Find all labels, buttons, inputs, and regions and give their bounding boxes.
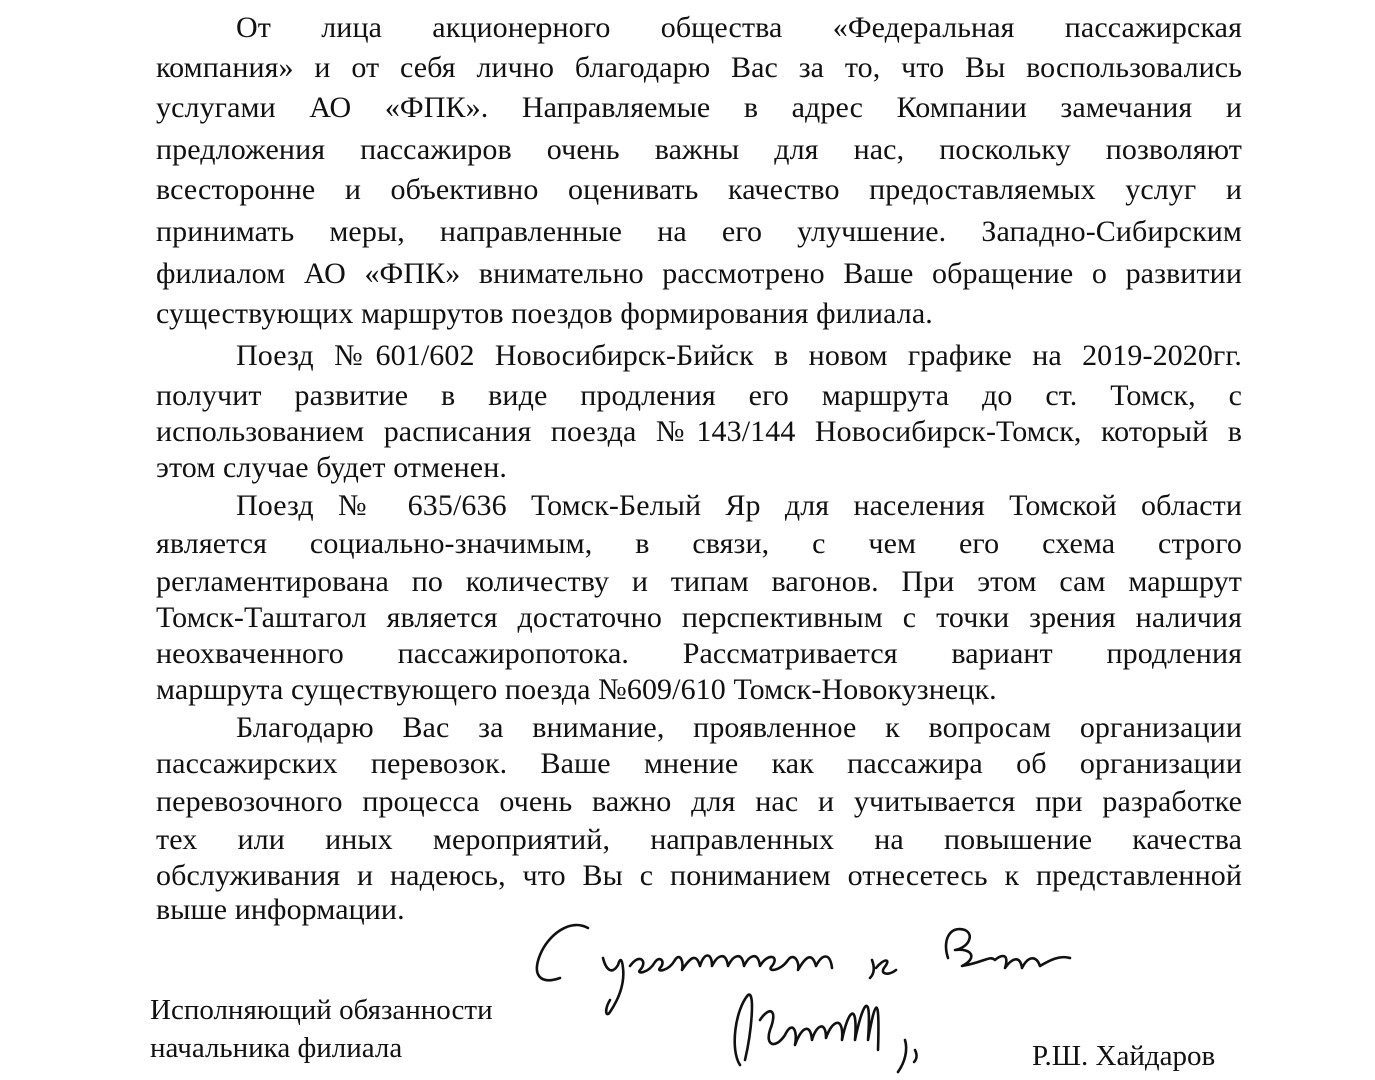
paragraph-2-line-4: этом случае будет отменен. <box>156 448 1242 488</box>
handwritten-word-uvazheniem <box>603 956 832 1015</box>
signature-stroke <box>735 995 879 1065</box>
paragraph-3-line-1: Поезд № 635/636 Томск-Белый Яр для насел… <box>236 486 1242 526</box>
paragraph-1-line-1: От лица акционерного общества «Федеральн… <box>236 8 1242 48</box>
paragraph-4-line-1: Благодарю Вас за внимание, проявленное к… <box>236 708 1242 748</box>
paragraph-1-line-6: принимать меры, направленные на его улуч… <box>156 212 1242 252</box>
paragraph-1-line-4: предложения пассажиров очень важны для н… <box>156 130 1242 170</box>
paragraph-4-line-2: пассажирских перевозок. Ваше мнение как … <box>156 744 1242 784</box>
paragraph-1-line-5: всесторонне и объективно оценивать качес… <box>156 170 1242 210</box>
signature-tail <box>898 1040 917 1072</box>
paragraph-3-line-3: регламентирована по количеству и типам в… <box>156 562 1242 602</box>
signatory-name: Р.Ш. Хайдаров <box>1032 1036 1215 1076</box>
handwritten-c-stroke <box>537 925 588 980</box>
paragraph-3-line-6: маршрута существующего поезда №609/610 Т… <box>156 670 1242 710</box>
handwritten-word-k <box>870 960 896 978</box>
paragraph-4-line-6: выше информации. <box>156 890 1242 930</box>
paragraph-2-line-3: использованием расписания поезда №143/14… <box>156 412 1242 452</box>
paragraph-1-line-8: существующих маршрутов поездов формирова… <box>156 294 1242 334</box>
paragraph-2-line-1: Поезд №601/602 Новосибирск-Бийск в новом… <box>236 336 1242 376</box>
paragraph-1-line-7: филиалом АО «ФПК» внимательно рассмотрен… <box>156 254 1242 294</box>
handwritten-word-vam <box>946 929 1070 968</box>
paragraph-4-line-3: перевозочного процесса очень важно для н… <box>156 782 1242 822</box>
paragraph-1-line-2: компания» и от себя лично благодарю Вас … <box>156 48 1242 88</box>
paragraph-1-line-3: услугами АО «ФПК». Направляемые в адрес … <box>156 88 1242 128</box>
paragraph-3-line-4: Томск-Таштагол является достаточно персп… <box>156 598 1242 638</box>
letter-page: От лица акционерного общества «Федеральн… <box>0 0 1375 1080</box>
signatory-position-line-2: начальника филиала <box>150 1028 402 1068</box>
paragraph-3-line-2: является социально-значимым, в связи, с … <box>156 524 1242 564</box>
paragraph-2-line-2: получит развитие в виде продления его ма… <box>156 376 1242 416</box>
paragraph-4-line-4: тех или иных мероприятий, направленных н… <box>156 820 1242 860</box>
signatory-position-line-1: Исполняющий обязанности <box>150 990 493 1030</box>
paragraph-3-line-5: неохваченного пассажиропотока. Рассматри… <box>156 634 1242 674</box>
